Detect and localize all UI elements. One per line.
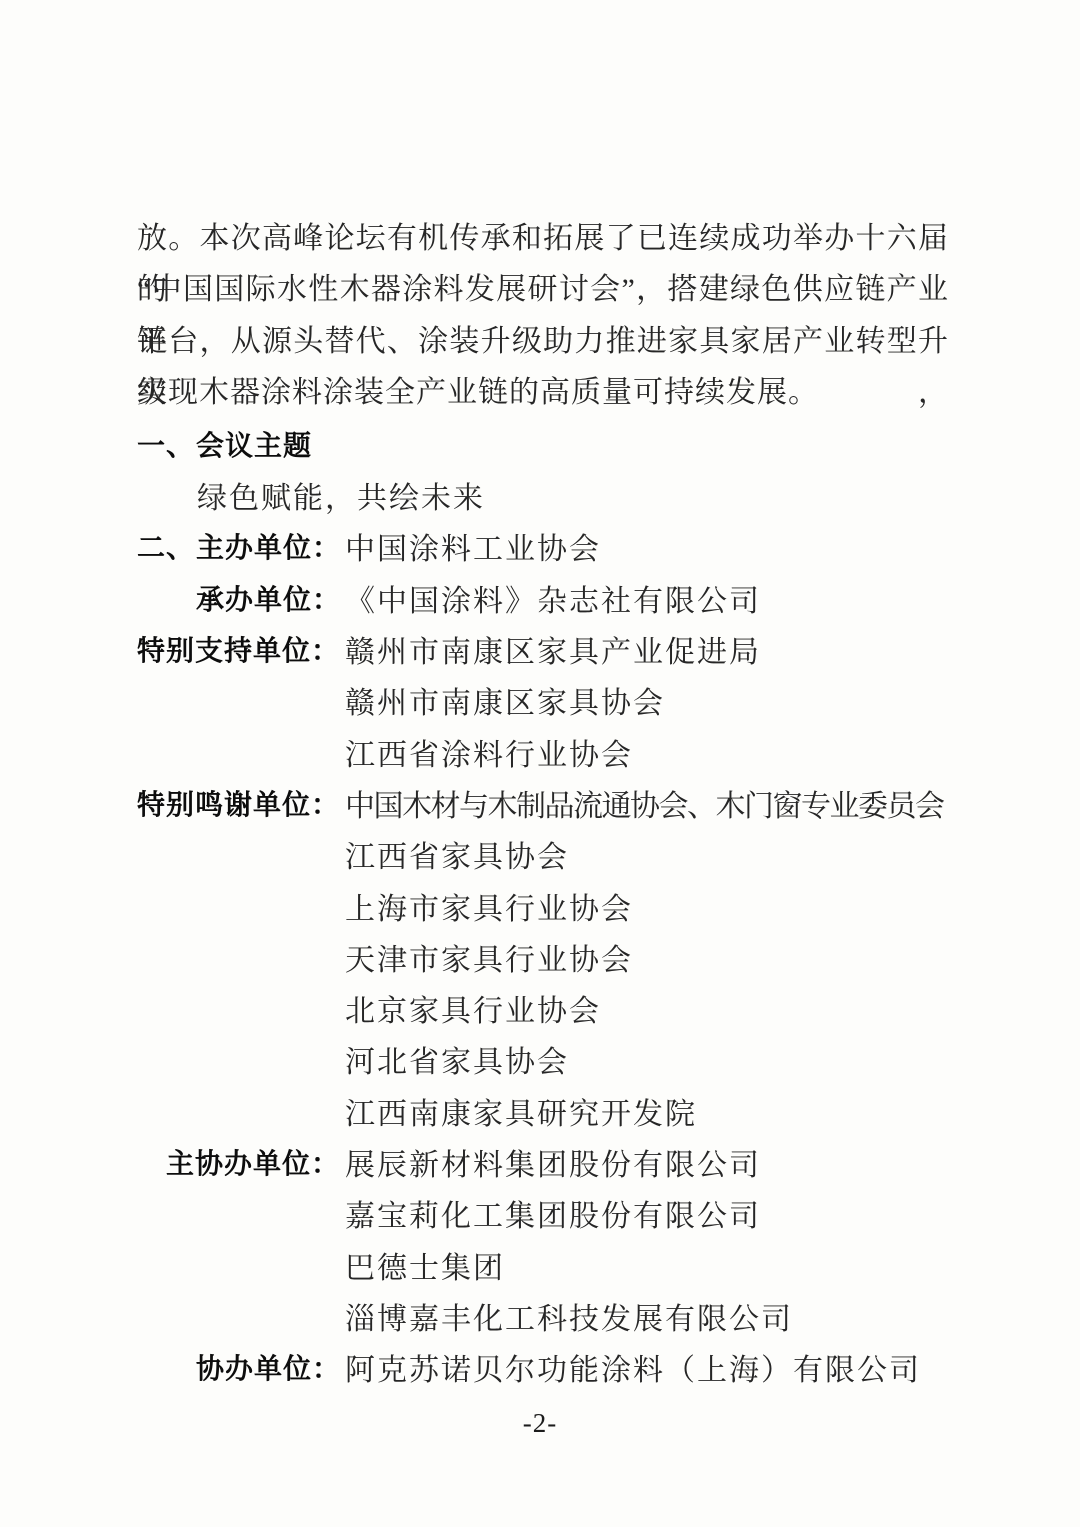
section-number: 二、 bbox=[137, 526, 196, 566]
paragraph-line-3: 平台，从源头替代、涂装升级助力推进家具家居产业转型升级， bbox=[137, 316, 949, 367]
main-co-organizer-value: 展辰新材料集团股份有限公司 bbox=[345, 1140, 761, 1184]
special-thanks-continuation: 上海市家具行业协会 bbox=[137, 880, 949, 931]
special-support-value: 江西省涂料行业协会 bbox=[345, 730, 633, 774]
section-title: 会议主题 bbox=[196, 424, 312, 464]
special-support-label: 特别支持单位： bbox=[137, 629, 340, 669]
document-body: 放。本次高峰论坛有机传承和拓展了已连续成功举办十六届的 “中国国际水性木器涂料发… bbox=[137, 213, 949, 1393]
section-special-support: 特别支持单位： 赣州市南康区家具产业促进局 bbox=[137, 623, 949, 674]
section-theme-heading: 一、 会议主题 bbox=[137, 418, 949, 469]
paragraph-line-1: 放。本次高峰论坛有机传承和拓展了已连续成功举办十六届的 bbox=[137, 213, 949, 264]
document-page: 放。本次高峰论坛有机传承和拓展了已连续成功举办十六届的 “中国国际水性木器涂料发… bbox=[0, 0, 1080, 1527]
paragraph-line-2: “中国国际水性木器涂料发展研讨会”，搭建绿色供应链产业链 bbox=[137, 264, 949, 315]
main-co-organizer-continuation: 淄博嘉丰化工科技发展有限公司 bbox=[137, 1290, 949, 1341]
special-thanks-value: 天津市家具行业协会 bbox=[345, 935, 633, 979]
special-thanks-value: 河北省家具协会 bbox=[345, 1037, 569, 1081]
co-organizer-value: 阿克苏诺贝尔功能涂料（上海）有限公司 bbox=[345, 1345, 921, 1389]
section-theme-content: 绿色赋能，共绘未来 bbox=[137, 469, 949, 520]
section-number: 一、 bbox=[137, 424, 196, 464]
theme-content: 绿色赋能，共绘未来 bbox=[137, 473, 485, 517]
section-undertaker: 承办单位： 《中国涂料》杂志社有限公司 bbox=[137, 572, 949, 623]
main-co-organizer-continuation: 巴德士集团 bbox=[137, 1239, 949, 1290]
special-support-continuation: 赣州市南康区家具协会 bbox=[137, 675, 949, 726]
organizer-label: 主办单位： bbox=[196, 526, 341, 566]
special-support-value: 赣州市南康区家具产业促进局 bbox=[345, 627, 761, 671]
special-support-value: 赣州市南康区家具协会 bbox=[345, 678, 665, 722]
special-thanks-value: 江西省家具协会 bbox=[345, 832, 569, 876]
section-organizer: 二、主办单位： 中国涂料工业协会 bbox=[137, 521, 949, 572]
section-main-co-organizer: 主协办单位： 展辰新材料集团股份有限公司 bbox=[137, 1136, 949, 1187]
special-thanks-value: 北京家具行业协会 bbox=[345, 986, 601, 1030]
main-co-organizer-label: 主协办单位： bbox=[166, 1142, 340, 1182]
special-thanks-continuation: 河北省家具协会 bbox=[137, 1034, 949, 1085]
special-thanks-continuation: 江西省家具协会 bbox=[137, 829, 949, 880]
special-thanks-label: 特别鸣谢单位： bbox=[137, 783, 340, 823]
main-co-organizer-value: 巴德士集团 bbox=[345, 1243, 505, 1287]
main-co-organizer-value: 淄博嘉丰化工科技发展有限公司 bbox=[345, 1294, 793, 1338]
section-special-thanks: 特别鸣谢单位： 中国木材与木制品流通协会、木门窗专业委员会 bbox=[137, 777, 949, 828]
special-thanks-value: 上海市家具行业协会 bbox=[345, 884, 633, 928]
main-co-organizer-value: 嘉宝莉化工集团股份有限公司 bbox=[345, 1191, 761, 1235]
undertaker-value: 《中国涂料》杂志社有限公司 bbox=[345, 576, 761, 620]
page-number: -2- bbox=[0, 1408, 1080, 1439]
special-thanks-value: 江西南康家具研究开发院 bbox=[345, 1089, 697, 1133]
main-co-organizer-continuation: 嘉宝莉化工集团股份有限公司 bbox=[137, 1188, 949, 1239]
special-thanks-continuation: 江西南康家具研究开发院 bbox=[137, 1085, 949, 1136]
section-co-organizer: 协办单位： 阿克苏诺贝尔功能涂料（上海）有限公司 bbox=[137, 1342, 949, 1393]
special-thanks-value: 中国木材与木制品流通协会、木门窗专业委员会 bbox=[345, 781, 944, 825]
special-support-continuation: 江西省涂料行业协会 bbox=[137, 726, 949, 777]
organizer-value: 中国涂料工业协会 bbox=[345, 524, 601, 568]
co-organizer-label: 协办单位： bbox=[196, 1347, 341, 1387]
undertaker-label: 承办单位： bbox=[196, 578, 341, 618]
special-thanks-continuation: 天津市家具行业协会 bbox=[137, 931, 949, 982]
special-thanks-continuation: 北京家具行业协会 bbox=[137, 982, 949, 1033]
